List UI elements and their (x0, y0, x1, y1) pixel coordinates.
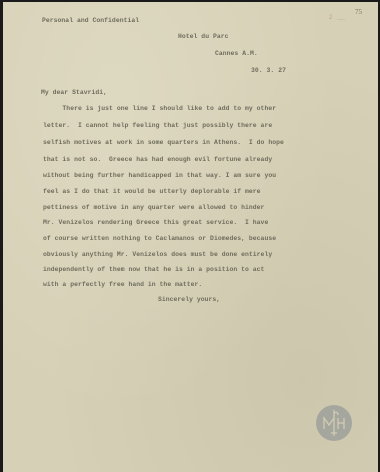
body-line: obviously anything Mr. Venizelos does mu… (43, 251, 272, 258)
body-line: independently of them now that he is in … (43, 266, 264, 273)
address-line-hotel: Hotel du Parc (178, 33, 229, 40)
address-line-city: Cannes A.M. (215, 50, 258, 57)
body-line: Mr. Venizelos rendering Greece this grea… (43, 219, 268, 226)
salutation: My dear Stavridi, (41, 89, 107, 96)
body-line: without being further handicapped in tha… (43, 172, 276, 179)
body-line: There is just one line I should like to … (43, 105, 276, 112)
archive-monogram-stamp-icon (316, 405, 352, 441)
body-line: pettiness of motive in any quarter were … (43, 204, 264, 211)
letter-page: 75 2 Personal and Confidential Hotel du … (3, 2, 378, 472)
closing: Sincerely yours, (158, 296, 220, 303)
margin-mark: 2 (329, 15, 333, 20)
body-line: of course written nothing to Caclamanos … (43, 235, 276, 242)
archive-page-number: 75 (355, 8, 362, 16)
body-line: with a perfectly free hand in the matter… (43, 281, 202, 288)
body-line: that is not so. Greece has had enough ev… (43, 156, 272, 163)
letter-date: 30. 3. 27 (251, 67, 286, 74)
body-line: letter. I cannot help feeling that just … (43, 122, 272, 129)
pencil-dash (337, 19, 345, 20)
body-line: selfish motives at work in some quarters… (43, 139, 284, 146)
confidentiality-label: Personal and Confidential (42, 17, 139, 24)
body-line: feel as I do that it would be utterly de… (43, 188, 261, 195)
